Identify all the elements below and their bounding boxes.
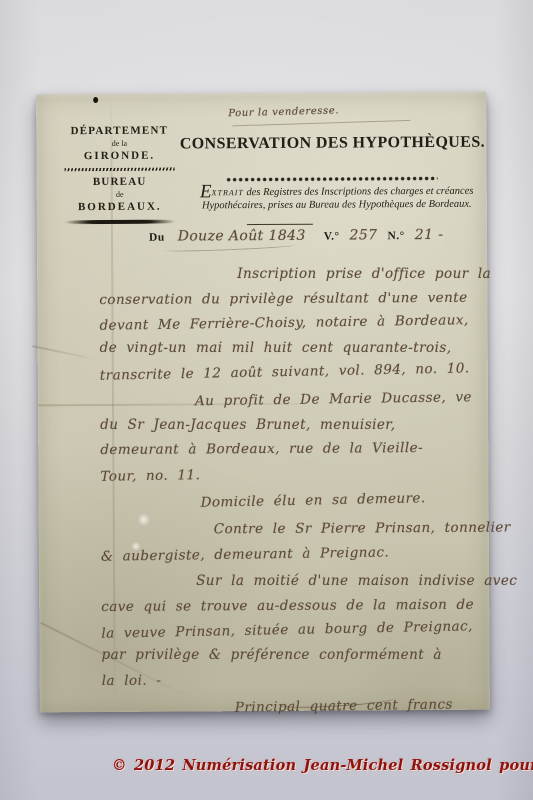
masthead-gironde: GIRONDE.	[62, 150, 176, 163]
handwritten-line: & aubergiste, demeurant à Preignac.	[101, 538, 493, 568]
handwritten-line: devant Me Ferrière-Choisy, notaire à Bor…	[99, 308, 491, 338]
masthead-de: de	[63, 190, 177, 200]
handwritten-line: Contre le Sr Pierre Prinsan, tonnelier	[101, 516, 493, 543]
dateline-du-label: Du	[149, 232, 165, 244]
dotted-rule	[65, 168, 175, 172]
document-paper: Pour la venderesse. DÉPARTEMENT de la GI…	[36, 92, 490, 713]
handwritten-line: Au profit de De Marie Ducasse, ve	[100, 385, 492, 415]
handwritten-line: Sur la moitié d'une maison indivise avec	[101, 569, 493, 594]
copyright-watermark: © 2012 Numérisation Jean-Michel Rossigno…	[112, 757, 533, 774]
handwritten-line: la loi. -	[102, 666, 494, 693]
short-rule	[247, 224, 313, 225]
ink-speck	[93, 97, 98, 103]
dateline-num-label: N.°	[387, 230, 404, 242]
chain-ornament-rule	[226, 176, 438, 182]
handwritten-line: Tour, no. 11.	[100, 459, 492, 489]
swelled-rule	[63, 220, 177, 224]
handwritten-line: Domicile élu en sa demeure.	[100, 485, 492, 517]
subtitle-line1: des Registres des Inscriptions des charg…	[244, 186, 474, 198]
masthead-left-box: DÉPARTEMENT de la GIRONDE. BUREAU de BOR…	[62, 125, 177, 224]
subtitle-smallcaps: XTRAIT	[212, 188, 244, 197]
handwritten-line: par privilège & préférence conformément …	[102, 643, 494, 668]
handwritten-annotation: Pour la venderesse.	[228, 103, 428, 119]
dateline: Du Douze Août 1843 V.° 257 N.° 21 -	[149, 226, 489, 246]
dateline-num-value: 21 -	[415, 227, 444, 243]
handwritten-line: transcrite le 12 août suivant, vol. 894,…	[100, 356, 492, 388]
document-subtitle: EXTRAIT des Registres des Inscriptions d…	[179, 185, 495, 213]
masthead-departement: DÉPARTEMENT	[62, 125, 176, 138]
dateline-vol-label: V.°	[324, 231, 340, 243]
handwritten-line: demeurant à Bordeaux, rue de la Vieille-	[100, 436, 492, 463]
masthead-de-la: de la	[62, 139, 176, 149]
paper-crease-diagonal	[32, 345, 101, 361]
handwritten-line: du Sr Jean-Jacques Brunet, menuisier,	[100, 412, 492, 437]
handwritten-line: Inscription prise d'office pour la	[99, 262, 491, 287]
dateline-vol-value: 257	[349, 227, 377, 243]
masthead-bordeaux: BORDEAUX.	[63, 201, 177, 214]
subtitle-initial: E	[200, 181, 212, 202]
document-title: CONSERVATION DES HYPOTHÈQUES.	[176, 134, 488, 154]
annotation-underline	[232, 120, 410, 126]
masthead-bureau: BUREAU	[63, 176, 177, 189]
subtitle-line2: Hypothécaires, prises au Bureau des Hypo…	[202, 199, 472, 212]
handwritten-body: Inscription prise d'office pour laconser…	[99, 258, 494, 721]
handwritten-line: la veuve Prinsan, située au bourg de Pre…	[101, 614, 493, 646]
dateline-date: Douze Août 1843	[178, 228, 306, 245]
photo-backdrop: Pour la venderesse. DÉPARTEMENT de la GI…	[0, 0, 533, 800]
